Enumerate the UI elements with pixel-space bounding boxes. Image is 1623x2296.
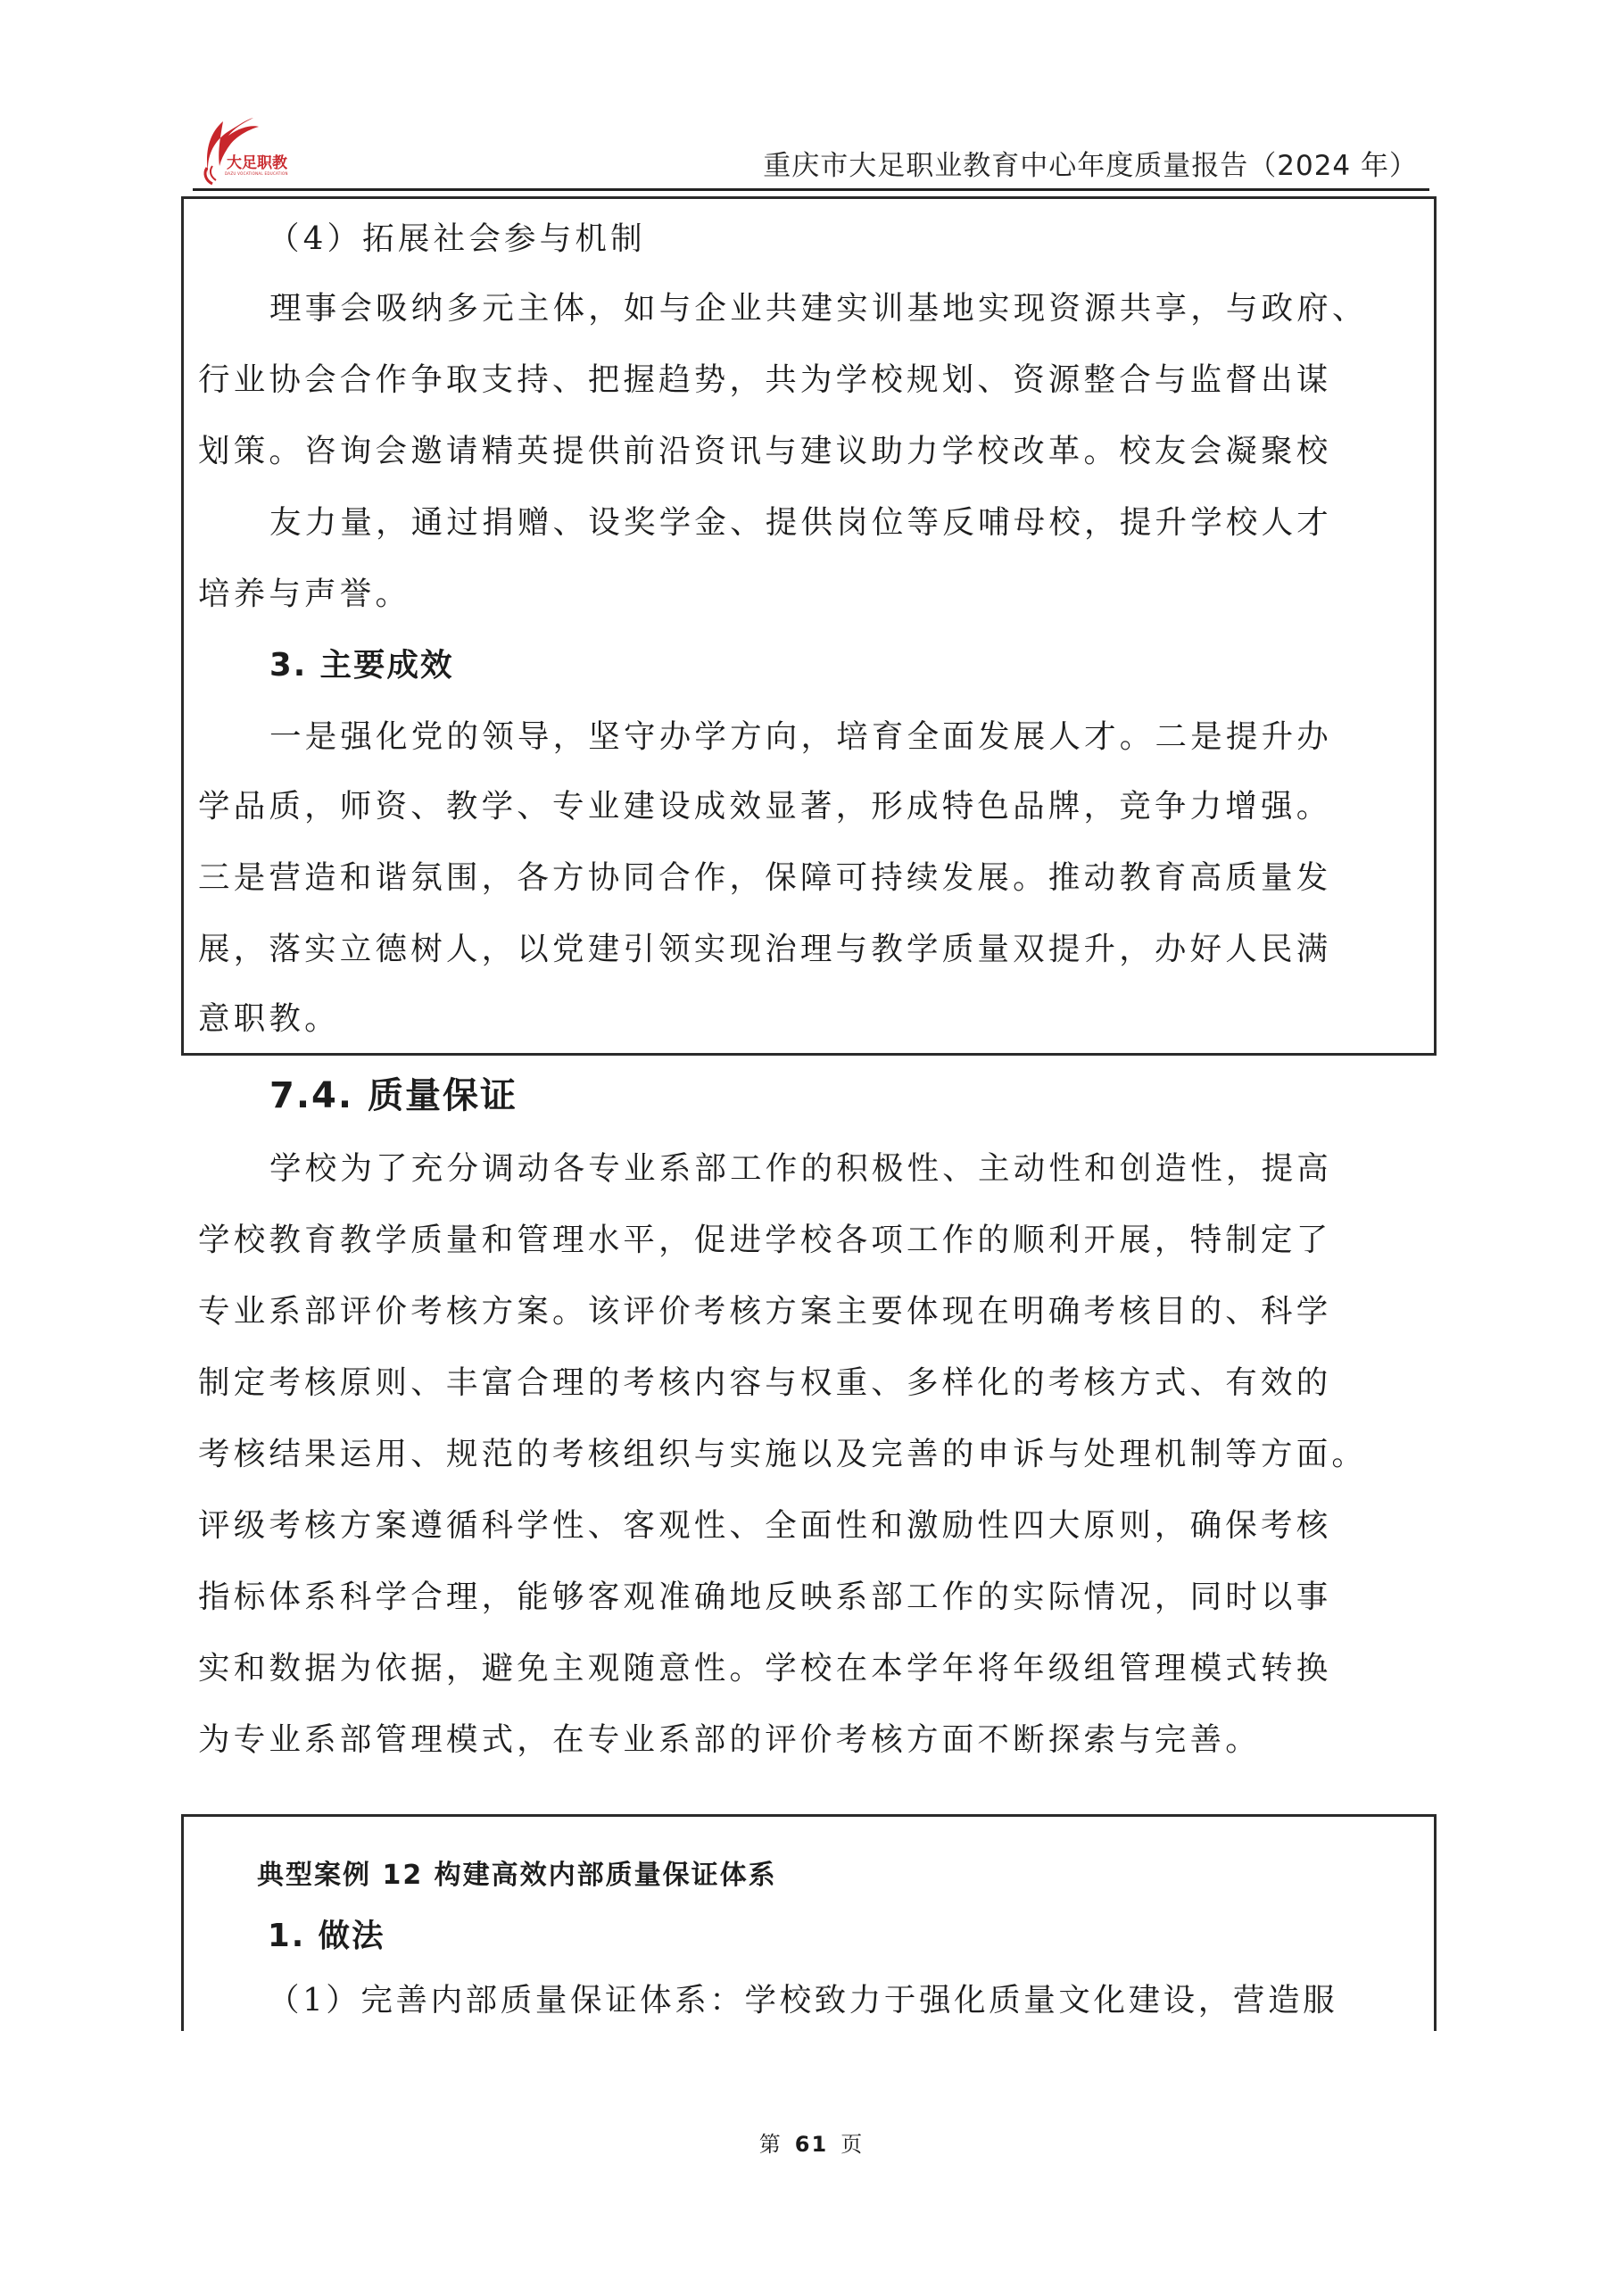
paragraph-line: 展，落实立德树人，以党建引领实现治理与教学质量双提升，办好人民满 (198, 932, 1331, 967)
header-divider (193, 188, 1429, 191)
paragraph-line: 为专业系部管理模式，在专业系部的评价考核方面不断探索与完善。 (198, 1722, 1261, 1758)
heading-main-results: 3. 主要成效 (269, 648, 454, 684)
paragraph-line: 学校教育教学质量和管理水平，促进学校各项工作的顺利开展，特制定了 (198, 1223, 1331, 1258)
paragraph-line: 三是营造和谐氛围，各方协同合作，保障可持续发展。推动教育高质量发 (198, 860, 1331, 896)
paragraph-line: 理事会吸纳多元主体，如与企业共建实训基地实现资源共享，与政府、 (269, 291, 1368, 327)
logo-subtext: DAZU VOCATIONAL EDUCATION (225, 171, 288, 176)
logo-text: 大足职教 (227, 150, 287, 172)
paragraph-line: 培养与声誉。 (198, 576, 410, 612)
page-prefix: 第 (759, 2132, 783, 2157)
paragraph-line: 指标体系科学合理，能够客观准确地反映系部工作的实际情况，同时以事 (198, 1579, 1331, 1615)
paragraph-line: 一是强化党的领导，坚守办学方向，培育全面发展人才。二是提升办 (269, 719, 1332, 755)
report-title: 重庆市大足职业教育中心年度质量报告（2024 年） (763, 143, 1418, 183)
paragraph-line: 友力量，通过捐赠、设奖学金、提供岗位等反哺母校，提升学校人才 (269, 505, 1332, 541)
paragraph-line: 学校为了充分调动各专业系部工作的积极性、主动性和创造性，提高 (269, 1151, 1332, 1187)
paragraph-line: 行业协会合作争取支持、把握趋势，共为学校规划、资源整合与监督出谋 (198, 362, 1331, 398)
subheading-social-participation: （4）拓展社会参与机制 (268, 221, 646, 257)
paragraph-line: 学品质，师资、教学、专业建设成效显著，形成特色品牌，竞争力增强。 (198, 789, 1331, 825)
page-suffix: 页 (840, 2132, 864, 2157)
school-logo: 大足职教 DAZU VOCATIONAL EDUCATION (195, 114, 293, 187)
paragraph-line: 考核结果运用、规范的考核组织与实施以及完善的申诉与处理机制等方面。 (198, 1437, 1367, 1472)
page-number: 61 (795, 2132, 828, 2157)
paragraph-line: （1）完善内部质量保证体系：学校致力于强化质量文化建设，营造服 (268, 1983, 1337, 2018)
heading-approach: 1. 做法 (268, 1919, 385, 1954)
paragraph-line: 意职教。 (198, 1001, 340, 1037)
paragraph-line: 专业系部评价考核方案。该评价考核方案主要体现在明确考核目的、科学 (198, 1294, 1331, 1330)
paragraph-line: 评级考核方案遵循科学性、客观性、全面性和激励性四大原则，确保考核 (198, 1508, 1331, 1544)
paragraph-line: 划策。咨询会邀请精英提供前沿资讯与建议助力学校改革。校友会凝聚校 (198, 434, 1331, 469)
page-footer: 第61页 (0, 2126, 1623, 2158)
case-study-title: 典型案例 12 构建高效内部质量保证体系 (257, 1858, 777, 1894)
paragraph-line: 实和数据为依据，避免主观随意性。学校在本学年将年级组管理模式转换 (198, 1651, 1331, 1687)
section-title: 7.4. 质量保证 (269, 1078, 518, 1114)
paragraph-line: 制定考核原则、丰富合理的考核内容与权重、多样化的考核方式、有效的 (198, 1365, 1331, 1401)
